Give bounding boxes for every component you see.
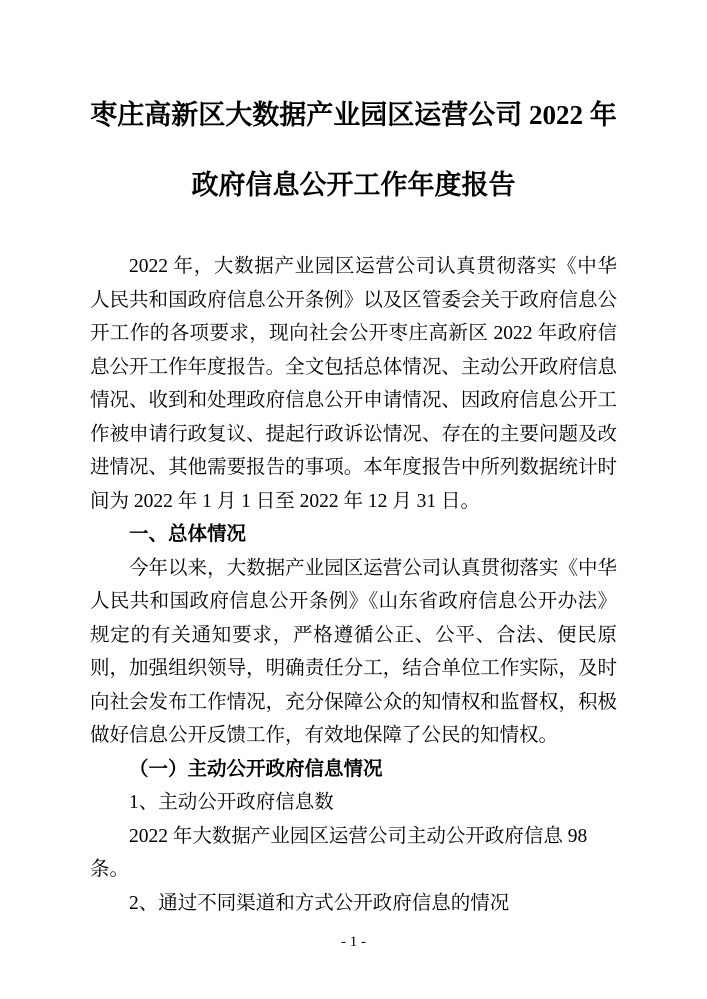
document-title-line2: 政府信息公开工作年度报告 xyxy=(90,150,617,220)
subsection-1-1-heading: （一）主动公开政府信息情况 xyxy=(90,753,617,787)
item-1-heading: 1、主动公开政府信息数 xyxy=(90,786,617,820)
item-1-text: 2022 年大数据产业园区运营公司主动公开政府信息 98 条。 xyxy=(90,820,617,887)
document-title-line1: 枣庄高新区大数据产业园区运营公司 2022 年 xyxy=(90,80,617,150)
document-page: 枣庄高新区大数据产业园区运营公司 2022 年 政府信息公开工作年度报告 202… xyxy=(0,0,707,999)
page-footer: - 1 - xyxy=(0,933,707,951)
page-number: - 1 - xyxy=(341,934,366,950)
item-2-heading: 2、通过不同渠道和方式公开政府信息的情况 xyxy=(90,887,617,921)
document-title: 枣庄高新区大数据产业园区运营公司 2022 年 政府信息公开工作年度报告 xyxy=(90,80,617,220)
section-1-paragraph: 今年以来，大数据产业园区运营公司认真贯彻落实《中华人民共和国政府信息公开条例》《… xyxy=(90,552,617,753)
section-1-heading: 一、总体情况 xyxy=(90,518,617,552)
intro-paragraph: 2022 年，大数据产业园区运营公司认真贯彻落实《中华人民共和国政府信息公开条例… xyxy=(90,250,617,518)
